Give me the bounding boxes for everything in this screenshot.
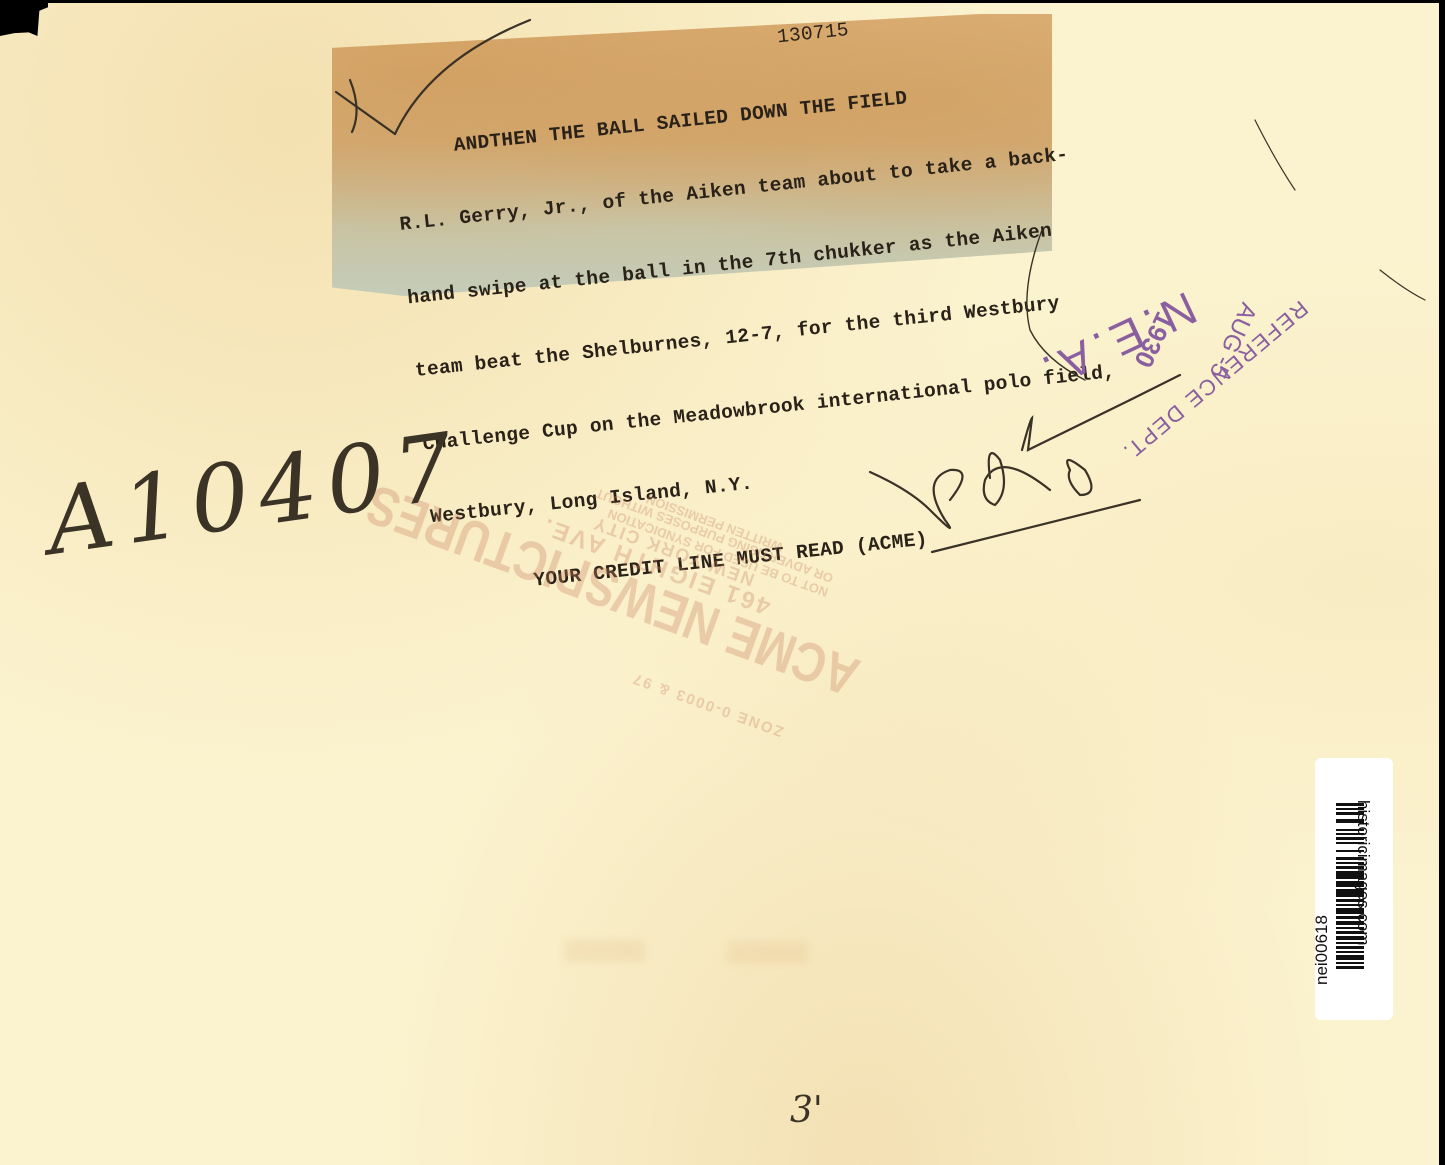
caption-headline: ANDTHEN THE BALL SAILED DOWN THE FIELD	[391, 73, 1030, 164]
handwritten-bottom-mark: 3'	[790, 1090, 823, 1131]
stamp-nea-org: N.E.A.	[1029, 281, 1205, 401]
caption-line: hand swipe at the ball in the 7th chukke…	[406, 219, 1045, 310]
caption-line: Challenge Cup on the Meadowbrook interna…	[422, 365, 1061, 456]
nea-reference-stamp: N.E.A. AUG -5 1930 REFERENCE DEPT.	[1040, 230, 1340, 460]
label-site: historicimages.com	[1353, 800, 1373, 946]
caption-line: team beat the Shelburnes, 12-7, for the …	[414, 292, 1053, 383]
faint-mark	[728, 942, 808, 964]
scan-edge-right	[1439, 0, 1445, 1165]
label-item-id: nei00618	[1312, 915, 1332, 985]
caption-line: R.L. Gerry, Jr., of the Aiken team about…	[398, 146, 1037, 237]
acme-newspictures-stamp: ACME NEWSPICTURES 461 EIGHTH AVE. NEW YO…	[430, 450, 870, 750]
caption-id: 130715	[383, 0, 1022, 91]
faint-mark	[565, 940, 645, 962]
